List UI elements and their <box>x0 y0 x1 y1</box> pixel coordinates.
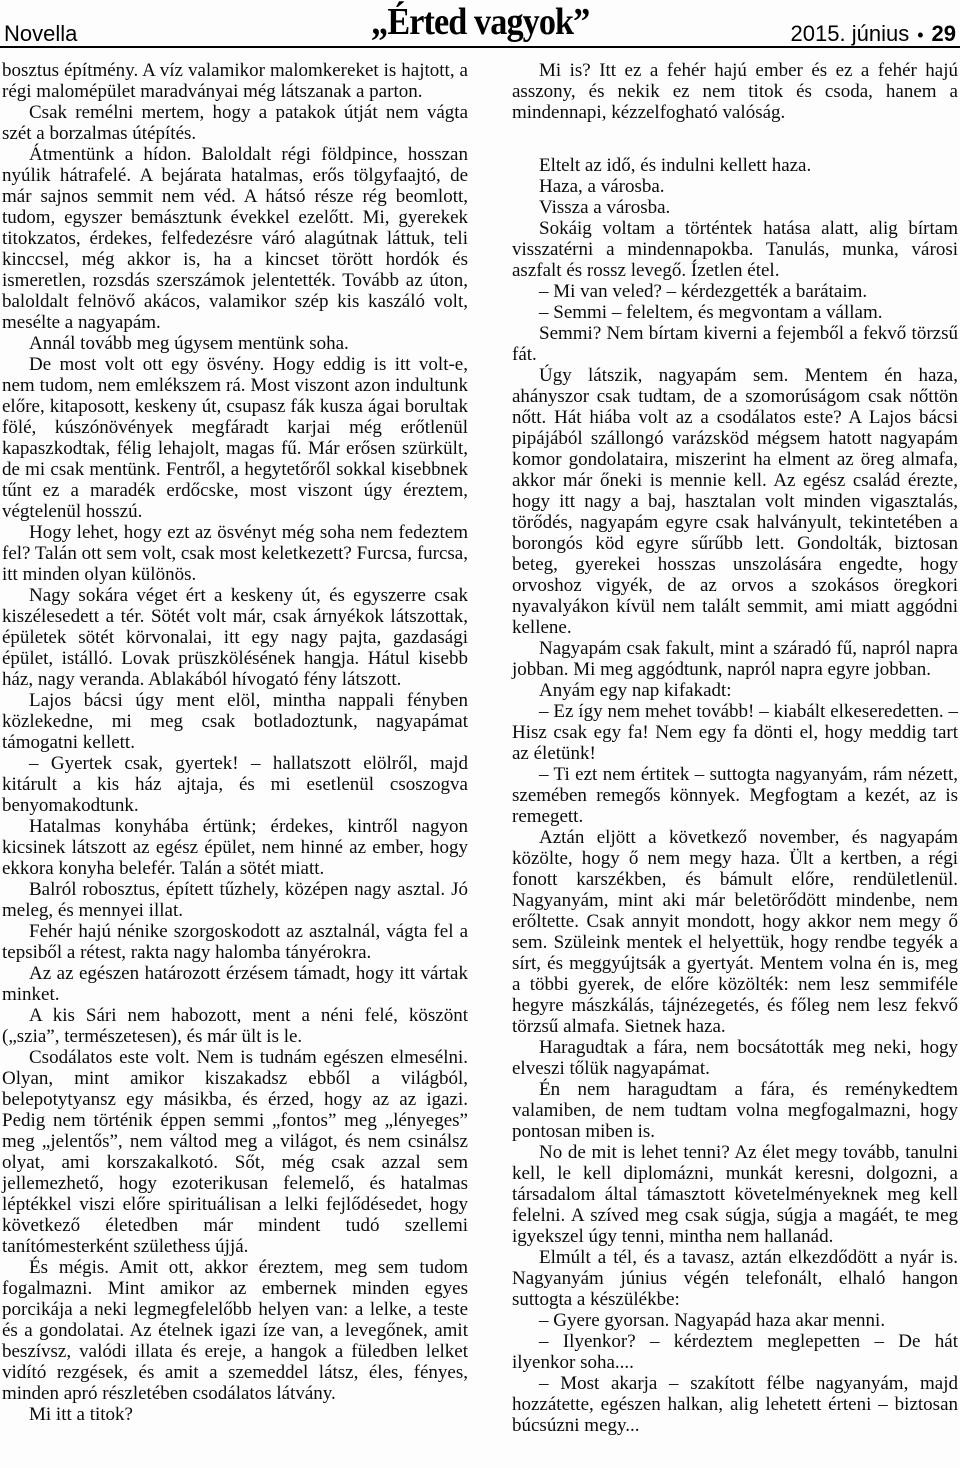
issue-info: 2015. június•29 <box>791 23 956 45</box>
paragraph: Az az egészen határozott érzésem támadt,… <box>2 963 468 1005</box>
left-column: bosztus építmény. A víz valamikor malomk… <box>2 60 468 1468</box>
paragraph: És mégis. Amit ott, akkor éreztem, meg s… <box>2 1257 468 1404</box>
paragraph: Lajos bácsi úgy ment elöl, mintha nappal… <box>2 690 468 753</box>
issue-date: 2015. június <box>791 21 910 46</box>
paragraph: A kis Sári nem habozott, ment a néni fel… <box>2 1005 468 1047</box>
paragraph: Annál tovább meg úgysem mentünk soha. <box>2 333 468 354</box>
paragraph: Fehér hajú nénike szorgoskodott az aszta… <box>2 921 468 963</box>
header-rule <box>0 46 960 48</box>
article-body: bosztus építmény. A víz valamikor malomk… <box>2 60 958 1468</box>
paragraph: Mi itt a titok? <box>2 1404 468 1425</box>
paragraph: – Mi van veled? – kérdezgették a barátai… <box>512 281 958 302</box>
page-number: 29 <box>932 21 956 46</box>
paragraph: Anyám egy nap kifakadt: <box>512 680 958 701</box>
magazine-title: „Érted vagyok” <box>371 2 589 44</box>
paragraph: Sokáig voltam a történtek hatása alatt, … <box>512 218 958 281</box>
paragraph: Semmi? Nem bírtam kiverni a fejemből a f… <box>512 323 958 365</box>
paragraph: Hatalmas konyhába értünk; érdekes, kintr… <box>2 816 468 879</box>
paragraph: Mi is? Itt ez a fehér hajú ember és ez a… <box>512 60 958 123</box>
magazine-page: Novella „Érted vagyok” 2015. június•29 b… <box>0 0 960 1468</box>
paragraph: Átmentünk a hídon. Baloldalt régi földpi… <box>2 144 468 333</box>
paragraph: Hogy lehet, hogy ezt az ösvényt még soha… <box>2 522 468 585</box>
paragraph: – Most akarja – szakított félbe nagyanyá… <box>512 1373 958 1436</box>
paragraph: – Semmi – feleltem, és megvontam a válla… <box>512 302 958 323</box>
right-column: Mi is? Itt ez a fehér hajú ember és ez a… <box>512 60 958 1468</box>
paragraph: Vissza a városba. <box>512 197 958 218</box>
paragraph: – Ez így nem mehet tovább! – kiabált elk… <box>512 701 958 764</box>
paragraph: Haza, a városba. <box>512 176 958 197</box>
paragraph: No de mit is lehet tenni? Az élet megy t… <box>512 1142 958 1247</box>
paragraph: – Ti ezt nem értitek – suttogta nagyanyá… <box>512 764 958 827</box>
paragraph: Úgy látszik, nagyapám sem. Mentem én haz… <box>512 365 958 638</box>
page-header: Novella „Érted vagyok” 2015. június•29 <box>0 0 960 46</box>
paragraph: Balról robosztus, épített tűzhely, közép… <box>2 879 468 921</box>
paragraph: – Gyertek csak, gyertek! – hallatszott e… <box>2 753 468 816</box>
column-gap <box>468 60 512 1468</box>
paragraph: Aztán eljött a következő november, és na… <box>512 827 958 1037</box>
paragraph: Én nem haragudtam a fára, és reménykedte… <box>512 1079 958 1142</box>
paragraph: Csodálatos este volt. Nem is tudnám egés… <box>2 1047 468 1257</box>
paragraph: Elmúlt a tél, és a tavasz, aztán elkezdő… <box>512 1247 958 1310</box>
paragraph: – Gyere gyorsan. Nagyapád haza akar menn… <box>512 1310 958 1331</box>
paragraph: De most volt ott egy ösvény. Hogy eddig … <box>2 354 468 522</box>
paragraph: Nagyapám csak fakult, mint a száradó fű,… <box>512 638 958 680</box>
paragraph: Haragudtak a fára, nem bocsátották meg n… <box>512 1037 958 1079</box>
paragraph: Csak remélni mertem, hogy a patakok útjá… <box>2 102 468 144</box>
paragraph: Eltelt az idő, és indulni kellett haza. <box>512 155 958 176</box>
paragraph: – Ilyenkor? – kérdeztem meglepetten – De… <box>512 1331 958 1373</box>
bullet-separator: • <box>917 25 923 45</box>
paragraph: Nagy sokára véget ért a keskeny út, és e… <box>2 585 468 690</box>
paragraph: bosztus építmény. A víz valamikor malomk… <box>2 60 468 102</box>
